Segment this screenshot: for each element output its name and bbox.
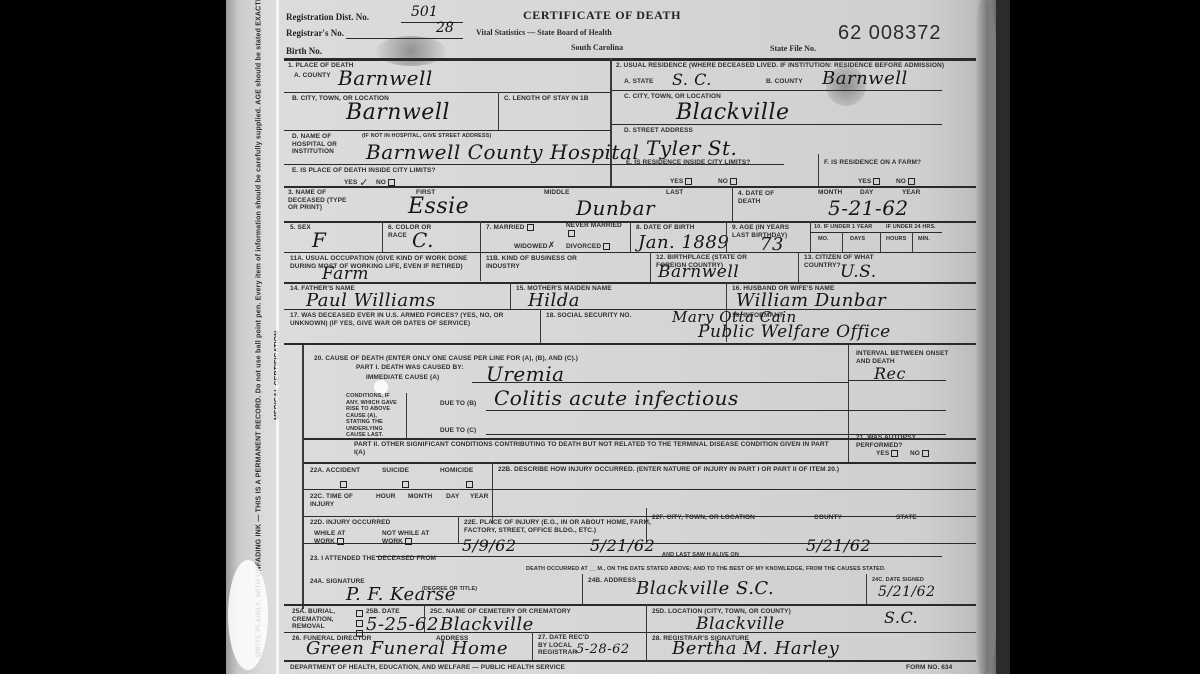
suicide-checkbox[interactable] (402, 481, 409, 488)
birthplace-value: Barnwell (658, 262, 739, 282)
funeral-director-value: Green Funeral Home (306, 638, 508, 659)
street-address-value: Tyler St. (646, 136, 737, 160)
side-notice: WRITE PLAINLY, WITH UNFADING INK — THIS … (255, 17, 264, 657)
accident-checkbox[interactable] (340, 481, 347, 488)
conditions-label: Conditions, if any, which gave rise to a… (346, 393, 402, 439)
occupation-label: 11a. Usual Occupation (Give kind of work… (290, 255, 470, 270)
registration-dist-value: 501 (411, 4, 438, 20)
hours-label: Hours (886, 236, 906, 243)
deceased-first-name: Essie (408, 194, 469, 219)
father-name-value: Paul Williams (306, 290, 436, 311)
occupation-value: Farm (322, 264, 369, 284)
sex-value: F (312, 228, 326, 252)
citizen-value: U.S. (840, 262, 877, 282)
sex-label: 5. Sex (290, 224, 311, 232)
injury-occurred-label: 22d. Injury Occurred (310, 519, 390, 527)
date-signed-label: 24c. Date Signed (872, 577, 924, 584)
time-of-injury-label: 22c. Time of Injury (310, 493, 360, 508)
deceased-name-label: 3. Name of Deceased (Type or print) (288, 189, 358, 212)
physician-address-value: Blackville S.C. (636, 578, 774, 599)
funeral-address-label: Address (436, 635, 468, 643)
last-name-label: Last (666, 189, 683, 197)
burial-location-state: S.C. (884, 608, 918, 627)
part2-label: Part II. Other significant conditions co… (354, 441, 834, 456)
hospital-note: (If not in hospital, give street address… (362, 133, 491, 140)
letterbox-left (0, 0, 226, 674)
paper-damage (228, 560, 268, 670)
length-of-stay-label: c. Length of Stay in 1b (504, 95, 594, 103)
date-of-birth-value: Jan. 1889 (638, 232, 729, 253)
hospital-value: Barnwell County Hospital (366, 140, 639, 164)
place-county-value: Barnwell (338, 66, 433, 90)
homicide-checkbox[interactable] (466, 481, 473, 488)
months-label: Mo. (818, 236, 829, 243)
scan-scratch (276, 0, 279, 674)
residence-state-value: S. C. (672, 70, 712, 89)
on-farm-label: f. Is Residence on a Farm? (824, 159, 924, 167)
on-farm-yes[interactable]: YES (858, 178, 880, 186)
date-of-birth-label: 8. Date of Birth (636, 224, 695, 232)
date-received-value: 5-28-62 (576, 642, 630, 657)
residence-county-value: Barnwell (822, 68, 908, 89)
injury-month-label: Month (408, 493, 432, 501)
deceased-last-name: Dunbar (576, 196, 655, 220)
residence-city-value: Blackville (676, 100, 790, 125)
usual-residence-label: 2. Usual Residence (Where deceased lived… (616, 62, 976, 70)
residence-state-label: a. State (624, 78, 653, 86)
injury-county-label: County (814, 514, 842, 522)
death-certificate: WRITE PLAINLY, WITH UNFADING INK — THIS … (226, 0, 1010, 674)
describe-injury-label: 22b. Describe how injury occurred. (Ente… (498, 466, 938, 474)
place-city-value: Barnwell (346, 100, 450, 125)
due-to-b-value: Colitis acute infectious (494, 386, 739, 410)
registrars-no-label: Registrar's No. (286, 28, 344, 38)
days-label: Days (850, 236, 865, 243)
residence-inside-city-yes[interactable]: YES (670, 178, 692, 186)
registration-dist-label: Registration Dist. No. (286, 12, 369, 22)
burial-location-value: Blackville (696, 614, 785, 634)
attended-from-value: 5/9/62 (462, 536, 517, 555)
residence-inside-city-label: e. Is Residence Inside City Limits? (626, 159, 756, 167)
autopsy-label: 21. Was Autopsy Performed? (856, 434, 946, 449)
burial-label: 25a. Burial, Cremation, Removal (292, 608, 352, 631)
attended-to-value: 5/21/62 (590, 536, 655, 555)
certification-statement: Death occurred at __ m., on the date sta… (526, 566, 946, 573)
place-of-injury-label: 22e. Place of Injury (e.g., in or about … (464, 519, 664, 534)
cremation-checkbox[interactable] (356, 620, 363, 627)
autopsy-yes[interactable]: YES (876, 450, 898, 458)
burial-checkbox[interactable] (356, 610, 363, 617)
footer-department: DEPARTMENT OF HEALTH, EDUCATION, AND WEL… (290, 664, 565, 672)
immediate-cause-label: Immediate Cause (a) (366, 374, 439, 382)
color-race-value: C. (412, 228, 434, 252)
state-file-number: 62 008372 (838, 22, 942, 45)
homicide-label: Homicide (440, 467, 473, 475)
date-signed-value: 5/21/62 (878, 584, 935, 600)
paper-edge (996, 0, 1010, 674)
under-24-hours-label: If Under 24 Hrs. (886, 224, 936, 231)
inside-city-limits-label: e. Is Place of Death Inside City Limits? (292, 167, 436, 175)
document-title: CERTIFICATE OF DEATH (523, 8, 681, 23)
autopsy-no[interactable]: NO (910, 450, 929, 458)
injury-hour-label: Hour (376, 493, 396, 501)
ssn-label: 18. Social Security No. (546, 312, 632, 320)
date-of-death-value: 5-21-62 (828, 196, 909, 220)
physician-signature: P. F. Kearse (346, 584, 456, 605)
physician-address-label: 24b. Address (588, 577, 636, 585)
due-to-c-label: Due to (c) (440, 427, 476, 435)
industry-label: 11b. Kind of Business or Industry (486, 255, 606, 270)
married-label: 7. Married (486, 224, 534, 232)
last-saw-value: 5/21/62 (806, 536, 871, 555)
informant-line2: Public Welfare Office (698, 322, 891, 342)
suicide-label: Suicide (382, 467, 409, 475)
injury-state-label: State (896, 514, 917, 522)
middle-name-label: Middle (544, 189, 570, 197)
accident-label: 22a. Accident (310, 467, 360, 475)
never-married-label[interactable]: Never Married (566, 222, 626, 237)
armed-forces-label: 17. Was Deceased Ever in U.S. Armed Forc… (290, 312, 530, 327)
injury-year-label: Year (470, 493, 488, 501)
due-to-b-label: Due to (b) (440, 400, 476, 408)
widowed-label[interactable]: Widowed✗ (514, 243, 555, 251)
county-label: a. County (294, 72, 331, 80)
ink-smudge (376, 36, 446, 66)
street-address-label: d. Street Address (624, 127, 693, 135)
minutes-label: Min. (918, 236, 930, 243)
paper-spot (374, 380, 388, 394)
form-number: Form No. 634 (906, 664, 952, 672)
injury-city-label: 22f. City, Town, or Location (652, 514, 755, 522)
registrars-no-value: 28 (436, 20, 454, 36)
registrar-signature-value: Bertha M. Harley (672, 638, 839, 659)
on-farm-no[interactable]: NO (896, 178, 915, 186)
document-state: South Carolina (571, 43, 623, 52)
under-one-year-label: 10. If Under 1 Year (814, 224, 872, 231)
state-file-no-label: State File No. (770, 44, 816, 53)
birth-no-label: Birth No. (286, 46, 322, 56)
letterbox-right (1010, 0, 1200, 674)
divorced-label[interactable]: Divorced (566, 243, 610, 251)
interval-label: Interval between onset and death (856, 350, 956, 365)
hospital-label: d. Name of Hospital or Institution (292, 133, 352, 156)
residence-inside-city-no[interactable]: NO (718, 178, 737, 186)
residence-county-label: b. County (766, 78, 803, 86)
injury-day-label: Day (446, 493, 459, 501)
date-of-death-label: 4. Date of Death (738, 190, 778, 205)
mother-name-value: Hilda (528, 290, 580, 311)
paper-fold-shadow (974, 0, 996, 674)
part1-label: Part I. Death was caused by: (356, 364, 464, 372)
document-subtitle: Vital Statistics — State Board of Health (476, 28, 612, 37)
